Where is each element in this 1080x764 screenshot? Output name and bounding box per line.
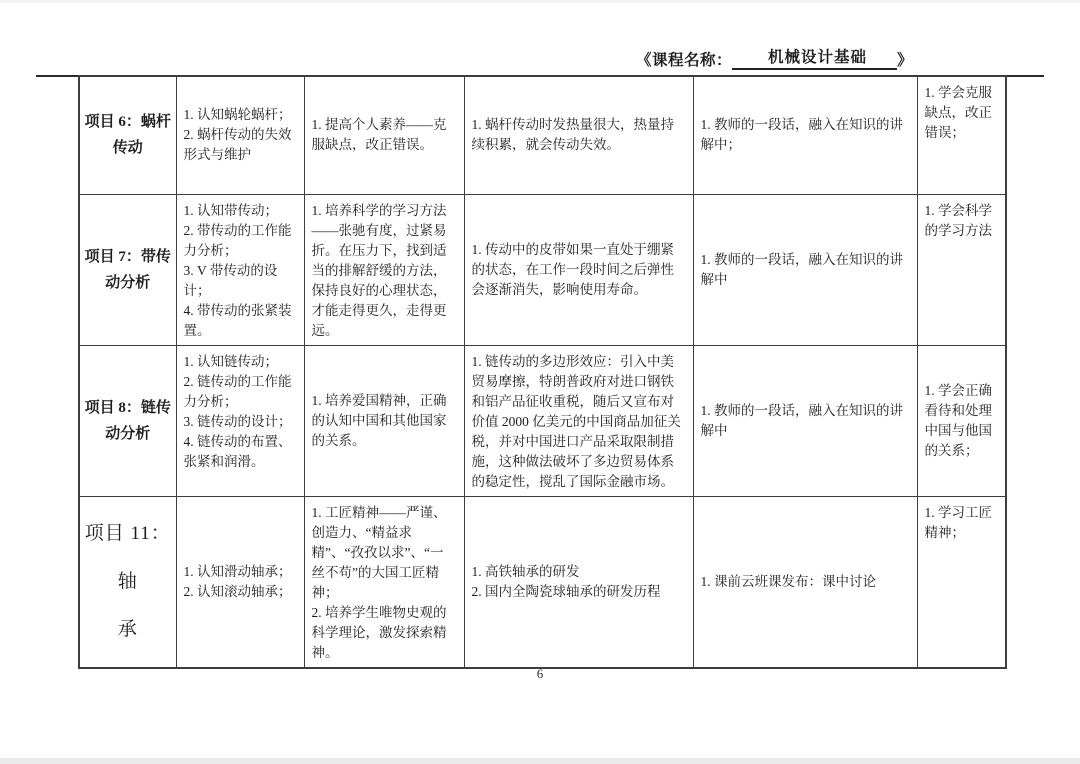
course-name-suffix: 》 xyxy=(897,48,913,70)
table-row-project-6: 项目 6：蜗杆传动 1. 认知蜗轮蜗杆； 2. 蜗杆传动的失效形式与维护 1. … xyxy=(79,76,1006,194)
cell-case: 1. 蜗杆传动时发热量很大，热量持续积累，就会传动失效。 xyxy=(464,76,693,194)
page-number: 6 xyxy=(0,666,1080,682)
course-name-prefix: 《课程名称： xyxy=(636,48,732,70)
table-row-project-11: 项目 11：轴 承 1. 认知滑动轴承； 2. 认知滚动轴承； 1. 工匠精神—… xyxy=(79,496,1006,668)
cell-knowledge-points: 1. 认知链传动； 2. 链传动的工作能力分析； 3. 链传动的设计； 4. 链… xyxy=(176,345,304,496)
cell-learning-outcome: 1. 学会克服缺点，改正错误； xyxy=(917,76,1006,194)
table-row-project-8: 项目 8：链传动分析 1. 认知链传动； 2. 链传动的工作能力分析； 3. 链… xyxy=(79,345,1006,496)
cell-learning-outcome: 1. 学习工匠精神； xyxy=(917,496,1006,668)
cell-learning-outcome: 1. 学会正确看待和处理中国与他国的关系； xyxy=(917,345,1006,496)
course-name-value: 机械设计基础 xyxy=(732,45,897,70)
cell-knowledge-points: 1. 认知带传动； 2. 带传动的工作能力分析； 3. V 带传动的设计； 4.… xyxy=(176,194,304,345)
cell-project-name: 项目 7：带传动分析 xyxy=(79,194,176,345)
scan-edge-bottom xyxy=(0,758,1080,764)
cell-project-name: 项目 11：轴 承 xyxy=(79,496,176,668)
cell-ideology-element: 1. 培养科学的学习方法——张驰有度，过紧易折。在压力下，找到适当的排解舒缓的方… xyxy=(304,194,464,345)
cell-learning-outcome: 1. 学会科学的学习方法 xyxy=(917,194,1006,345)
course-ideology-table: 项目 6：蜗杆传动 1. 认知蜗轮蜗杆； 2. 蜗杆传动的失效形式与维护 1. … xyxy=(78,75,1007,669)
cell-knowledge-points: 1. 认知滑动轴承； 2. 认知滚动轴承； xyxy=(176,496,304,668)
table-row-project-7: 项目 7：带传动分析 1. 认知带传动； 2. 带传动的工作能力分析； 3. V… xyxy=(79,194,1006,345)
cell-knowledge-points: 1. 认知蜗轮蜗杆； 2. 蜗杆传动的失效形式与维护 xyxy=(176,76,304,194)
scan-edge-top xyxy=(0,0,1080,3)
cell-integration-method: 1. 课前云班课发布：课中讨论 xyxy=(693,496,917,668)
document-page: { "header": { "prefix": "《课程名称：", "cours… xyxy=(0,0,1080,764)
cell-ideology-element: 1. 提高个人素养——克服缺点，改正错误。 xyxy=(304,76,464,194)
cell-ideology-element: 1. 培养爱国精神，正确的认知中国和其他国家的关系。 xyxy=(304,345,464,496)
cell-integration-method: 1. 教师的一段话，融入在知识的讲解中 xyxy=(693,345,917,496)
cell-project-name: 项目 8：链传动分析 xyxy=(79,345,176,496)
cell-case: 1. 传动中的皮带如果一直处于绷紧的状态，在工作一段时间之后弹性会逐渐消失，影响… xyxy=(464,194,693,345)
cell-case: 1. 高铁轴承的研发 2. 国内全陶瓷球轴承的研发历程 xyxy=(464,496,693,668)
cell-integration-method: 1. 教师的一段话，融入在知识的讲解中； xyxy=(693,76,917,194)
cell-ideology-element: 1. 工匠精神——严谨、创造力、“精益求精”、“孜孜以求”、“一丝不苟”的大国工… xyxy=(304,496,464,668)
cell-project-name: 项目 6：蜗杆传动 xyxy=(79,76,176,194)
cell-case: 1. 链传动的多边形效应：引入中美贸易摩擦，特朗普政府对进口钢铁和铝产品征收重税… xyxy=(464,345,693,496)
document-header: 《课程名称：机械设计基础》 xyxy=(636,46,913,70)
cell-integration-method: 1. 教师的一段话，融入在知识的讲解中 xyxy=(693,194,917,345)
